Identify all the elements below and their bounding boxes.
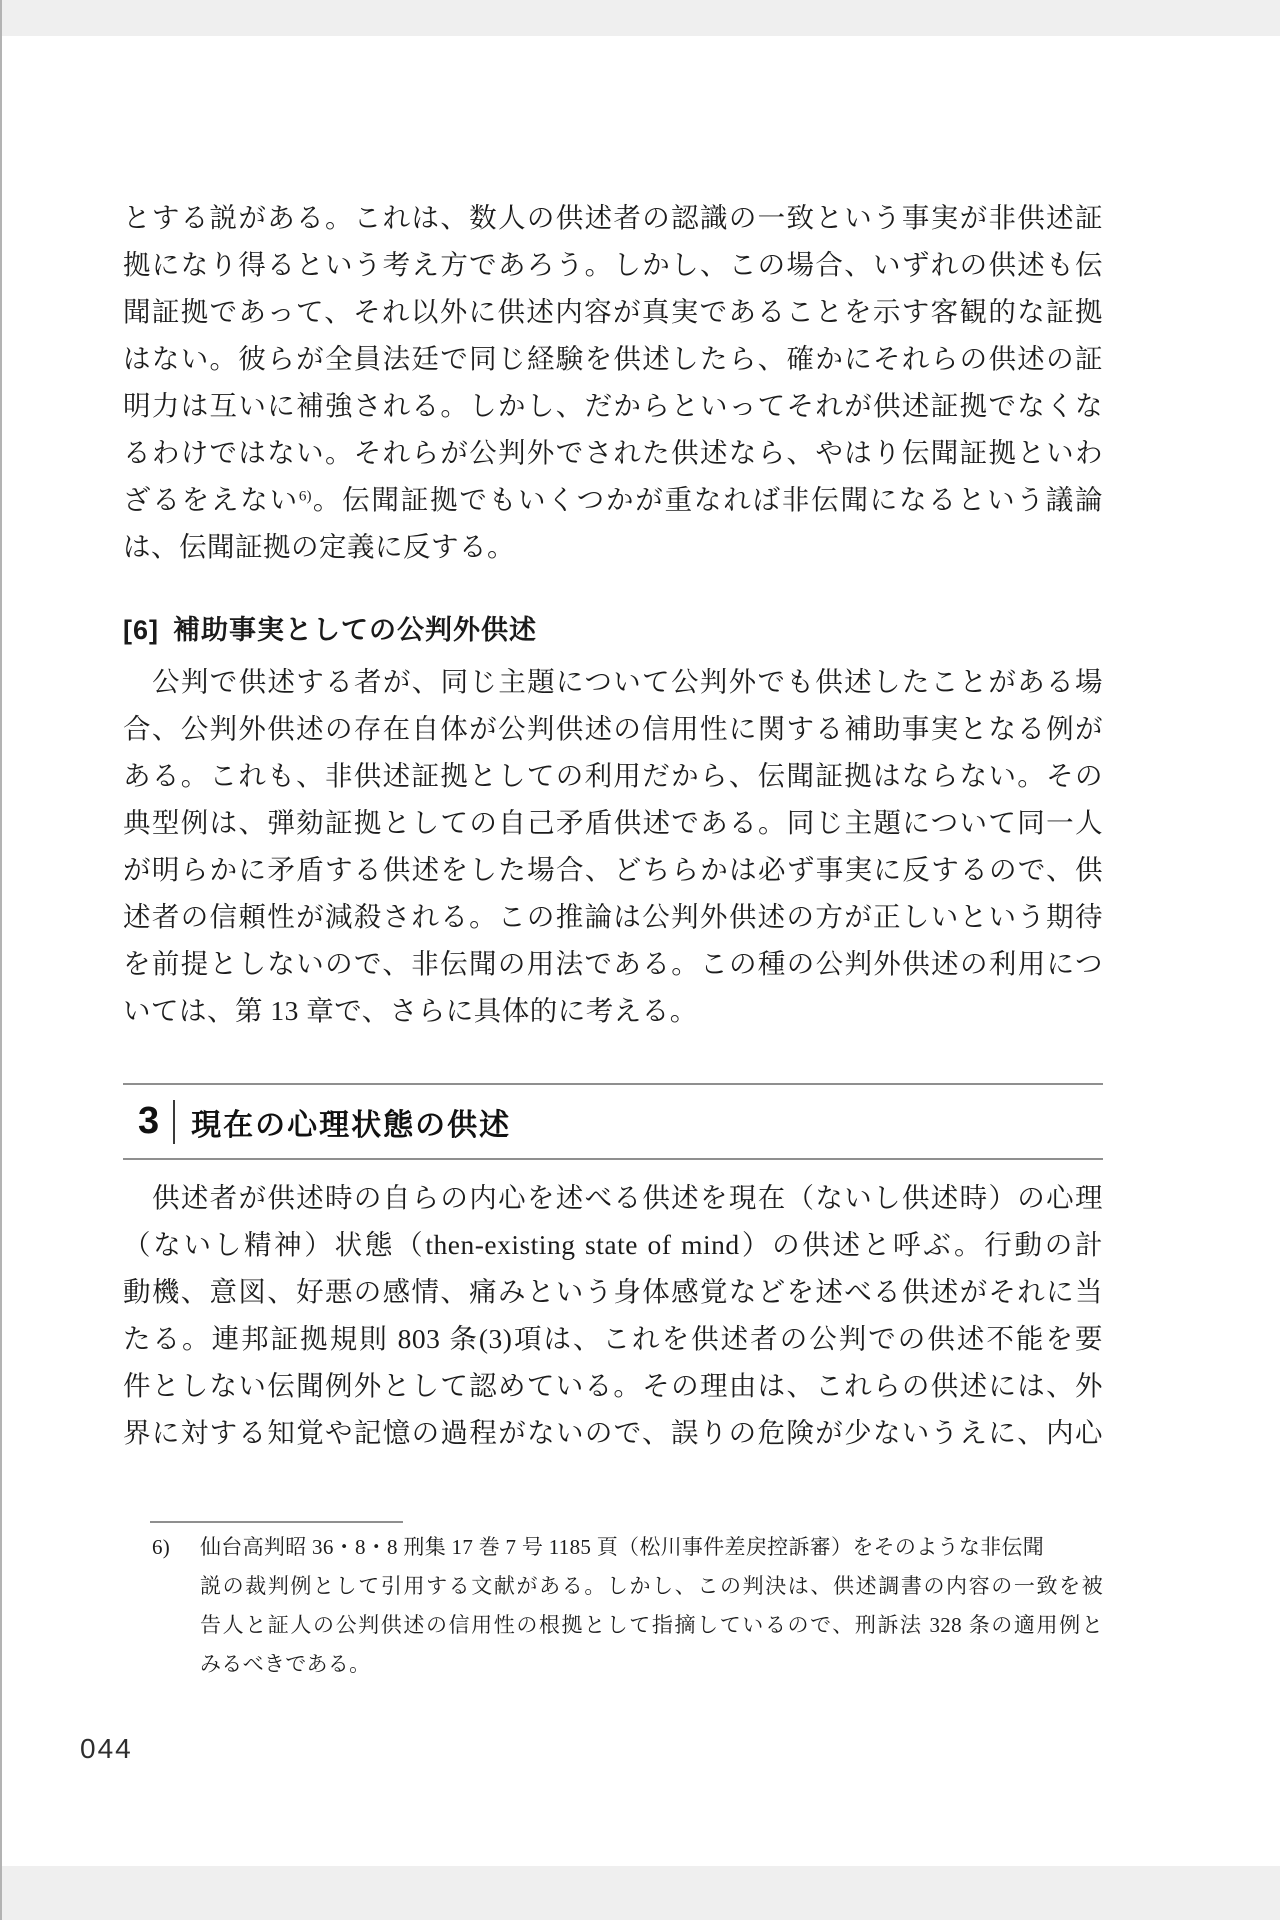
section-heading-divider [173,1100,175,1144]
text-line: （ないし精神）状態（then-existing state of mind）の供… [123,1221,1103,1268]
text-line: 典型例は、弾劾証拠としての自己矛盾供述である。同じ主題について同一人 [123,799,1103,846]
text-line: たる。連邦証拠規則 803 条(3)項は、これを供述者の公判での供述不能を要 [123,1315,1103,1362]
bottom-margin-band [0,1866,1280,1920]
text-segment: ざるをえない [123,484,299,515]
top-margin-band [0,0,1280,36]
subsection-title: 補助事実としての公判外供述 [173,615,537,645]
paragraph-state-of-mind: 供述者が供述時の自らの内心を述べる供述を現在（ないし供述時）の心理 （ないし精神… [123,1174,1103,1456]
text-line: は、伝聞証拠の定義に反する。 [123,523,1103,570]
paragraph-auxiliary-fact: 公判で供述する者が、同じ主題について公判外でも供述したことがある場 合、公判外供… [123,658,1103,1034]
subsection-heading-6: [6]補助事実としての公判外供述 [123,610,1103,650]
section-title: 現在の心理状態の供述 [191,1100,511,1144]
footnote-line: 説の裁判例として引用する文献がある。しかし、この判決は、供述調書の内容の一致を被 [123,1567,1103,1606]
text-line: 界に対する知覚や記憶の過程がないので、誤りの危険が少ないうえに、内心 [123,1409,1103,1456]
text-line: 述者の信頼性が減殺される。この推論は公判外供述の方が正しいという期待 [123,893,1103,940]
text-line: るわけではない。それらが公判外でされた供述なら、やはり伝聞証拠といわ [123,429,1103,476]
page-left-edge [0,0,2,1920]
text-line: 合、公判外供述の存在自体が公判供述の信用性に関する補助事実となる例が [123,705,1103,752]
paragraph-hearsay-overlap: とする説がある。これは、数人の供述者の認識の一致という事実が非供述証 拠になり得… [123,194,1103,570]
text-line: はない。彼らが全員法廷で同じ経験を供述したら、確かにそれらの供述の証 [123,335,1103,382]
footnote-line: みるべきである。 [123,1645,1103,1684]
text-line: 拠になり得るという考え方であろう。しかし、この場合、いずれの供述も伝 [123,241,1103,288]
text-line: いては、第 13 章で、さらに具体的に考える。 [123,987,1103,1034]
text-line: ある。これも、非供述証拠としての利用だから、伝聞証拠はならない。その [123,752,1103,799]
text-line: が明らかに矛盾する供述をした場合、どちらかは必ず事実に反するので、供 [123,846,1103,893]
footnote-reference-6: 6) [299,489,312,505]
text-line: とする説がある。これは、数人の供述者の認識の一致という事実が非供述証 [123,194,1103,241]
text-line: 供述者が供述時の自らの内心を述べる供述を現在（ないし供述時）の心理 [123,1174,1103,1221]
footnote-6: 6)仙台高判昭 36・8・8 刑集 17 巻 7 号 1185 頁（松川事件差戻… [123,1528,1103,1684]
subsection-number: [6] [123,615,159,645]
page-number: 044 [80,1733,133,1765]
text-segment: 。伝聞証拠でもいくつかが重なれば非伝聞になるという議論 [312,484,1104,515]
footnote-text: 仙台高判昭 36・8・8 刑集 17 巻 7 号 1185 頁（松川事件差戻控訴… [200,1535,1044,1559]
footnote-line: 告人と証人の公判供述の信用性の根拠として指摘しているので、刑訴法 328 条の適… [123,1606,1103,1645]
text-line: 動機、意図、好悪の感情、痛みという身体感覚などを述べる供述がそれに当 [123,1268,1103,1315]
text-line: 明力は互いに補強される。しかし、だからといってそれが供述証拠でなくな [123,382,1103,429]
section-heading-3: 3 現在の心理状態の供述 [123,1083,1103,1160]
footnote-line: 6)仙台高判昭 36・8・8 刑集 17 巻 7 号 1185 頁（松川事件差戻… [123,1528,1103,1567]
text-line: 件としない伝聞例外として認めている。その理由は、これらの供述には、外 [123,1362,1103,1409]
text-line: 聞証拠であって、それ以外に供述内容が真実であることを示す客観的な証拠 [123,288,1103,335]
text-line: 公判で供述する者が、同じ主題について公判外でも供述したことがある場 [123,658,1103,705]
text-line-with-footnote-ref: ざるをえない6)。伝聞証拠でもいくつかが重なれば非伝聞になるという議論 [123,476,1103,523]
footnote-separator-rule [150,1521,403,1523]
footnote-number: 6) [152,1528,200,1567]
section-number: 3 [138,1100,159,1143]
text-line: を前提としないので、非伝聞の用法である。この種の公判外供述の利用につ [123,940,1103,987]
